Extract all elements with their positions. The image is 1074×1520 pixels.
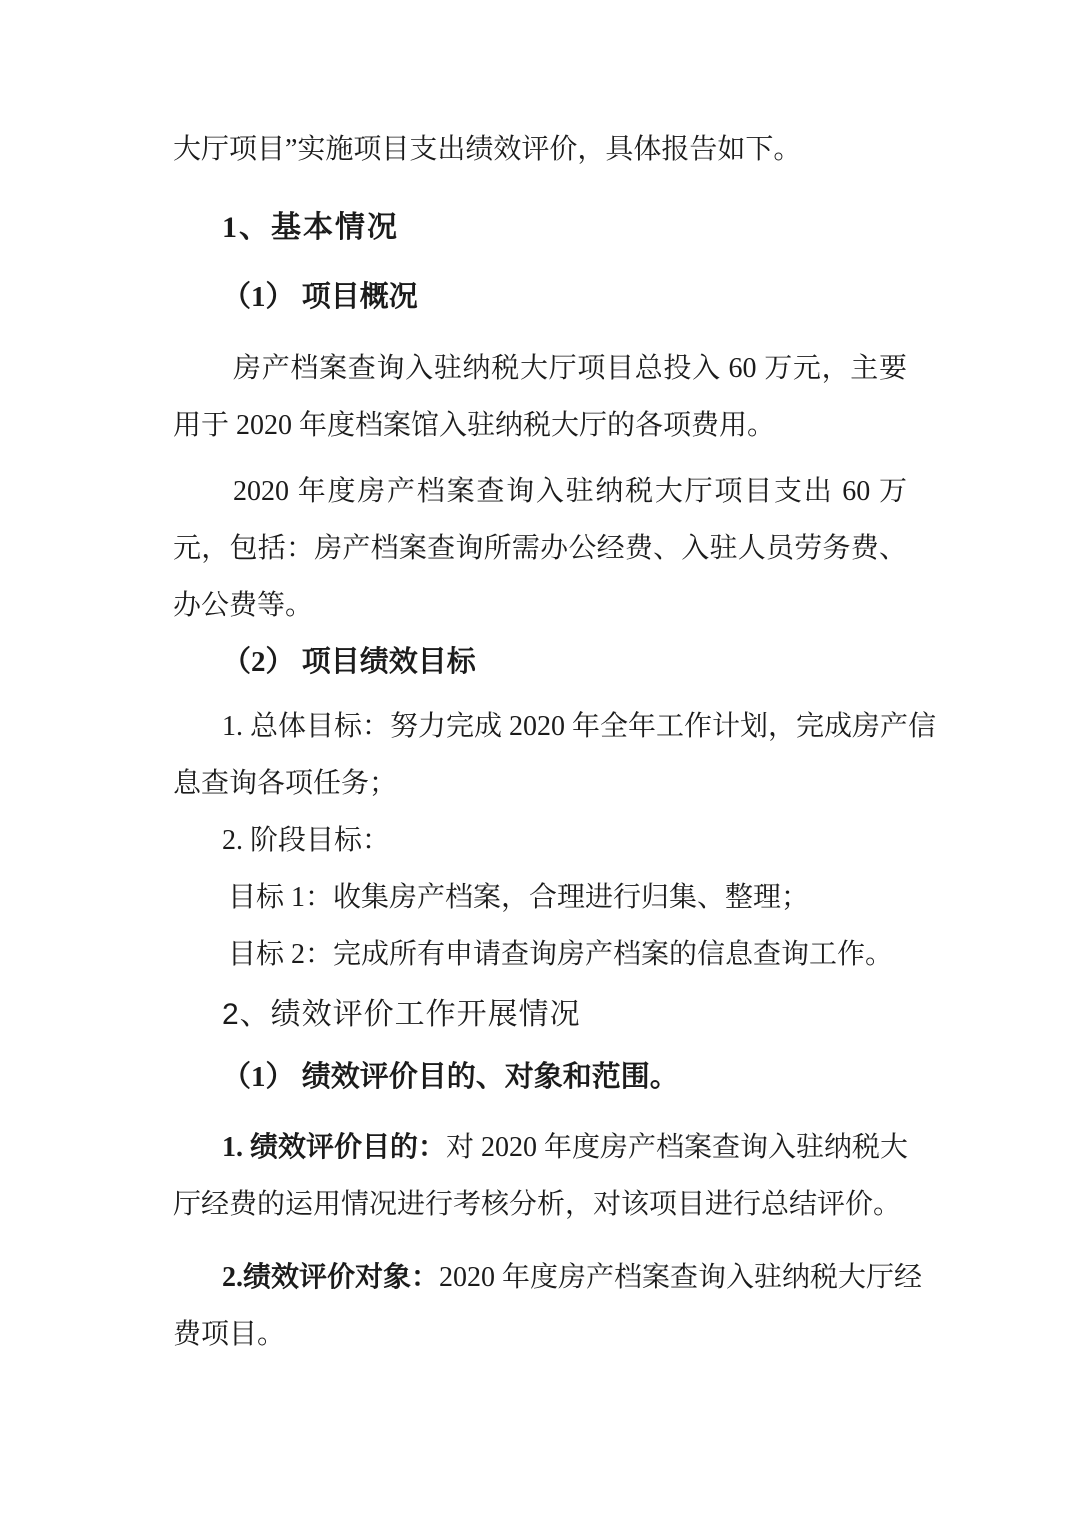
heading-project-overview: （1） 项目概况 [173, 269, 907, 326]
document-page: 大厅项目”实施项目支出绩效评价，具体报告如下。 1、基本情况 （1） 项目概况 … [0, 0, 1074, 1520]
paragraph-line: 2.绩效评价对象：2020 年度房产档案查询入驻纳税大厅经 [173, 1249, 907, 1306]
paragraph-overall-goal: 1. 总体目标：努力完成 2020 年全年工作计划，完成房产信 息查询各项任务； [173, 698, 907, 812]
paragraph-total-investment: 房产档案查询入驻纳税大厅项目总投入 60 万元，主要 用于 2020 年度档案馆… [173, 340, 907, 454]
paragraph-continuation-line: 大厅项目”实施项目支出绩效评价，具体报告如下。 [173, 121, 907, 178]
paragraph-stage-goals: 2. 阶段目标： [173, 812, 907, 869]
heading-performance-goals: （2） 项目绩效目标 [173, 634, 907, 691]
paragraph-evaluation-object: 2.绩效评价对象：2020 年度房产档案查询入驻纳税大厅经 费项目。 [173, 1249, 907, 1363]
paragraph-line: 用于 2020 年度档案馆入驻纳税大厅的各项费用。 [173, 397, 907, 454]
paragraph-line: 元，包括：房产档案查询所需办公经费、入驻人员劳务费、 [173, 520, 907, 577]
bold-lead-text: 2.绩效评价对象： [222, 1262, 439, 1293]
heading-basic-situation: 1、基本情况 [173, 199, 907, 256]
paragraph-line-text: 对 2020 年度房产档案查询入驻纳税大 [446, 1132, 908, 1163]
heading-evaluation-purpose-scope: （1） 绩效评价目的、对象和范围。 [173, 1049, 907, 1106]
paragraph-line: 办公费等。 [173, 577, 907, 634]
paragraph-line: 费项目。 [173, 1306, 907, 1363]
paragraph-line-text: 2020 年度房产档案查询入驻纳税大厅经 [439, 1262, 922, 1293]
paragraph-line: 1. 总体目标：努力完成 2020 年全年工作计划，完成房产信 [173, 698, 907, 755]
paragraph-line: 厅经费的运用情况进行考核分析，对该项目进行总结评价。 [173, 1176, 907, 1233]
paragraph-goal-1: 目标 1：收集房产档案，合理进行归集、整理； [173, 869, 907, 926]
paragraph-line: 2020 年度房产档案查询入驻纳税大厅项目支出 60 万 [173, 463, 907, 520]
paragraph-goal-2: 目标 2：完成所有申请查询房产档案的信息查询工作。 [173, 926, 907, 983]
paragraph-expenditure: 2020 年度房产档案查询入驻纳税大厅项目支出 60 万 元，包括：房产档案查询… [173, 463, 907, 634]
paragraph-evaluation-purpose: 1. 绩效评价目的：对 2020 年度房产档案查询入驻纳税大 厅经费的运用情况进… [173, 1119, 907, 1233]
paragraph-line: 1. 绩效评价目的：对 2020 年度房产档案查询入驻纳税大 [173, 1119, 907, 1176]
heading-evaluation-work: 2、绩效评价工作开展情况 [173, 986, 907, 1043]
paragraph-line: 房产档案查询入驻纳税大厅项目总投入 60 万元，主要 [173, 340, 907, 397]
document-content: 大厅项目”实施项目支出绩效评价，具体报告如下。 1、基本情况 （1） 项目概况 … [173, 121, 907, 1363]
bold-lead-text: 1. 绩效评价目的： [222, 1132, 446, 1163]
paragraph-line: 息查询各项任务； [173, 755, 907, 812]
